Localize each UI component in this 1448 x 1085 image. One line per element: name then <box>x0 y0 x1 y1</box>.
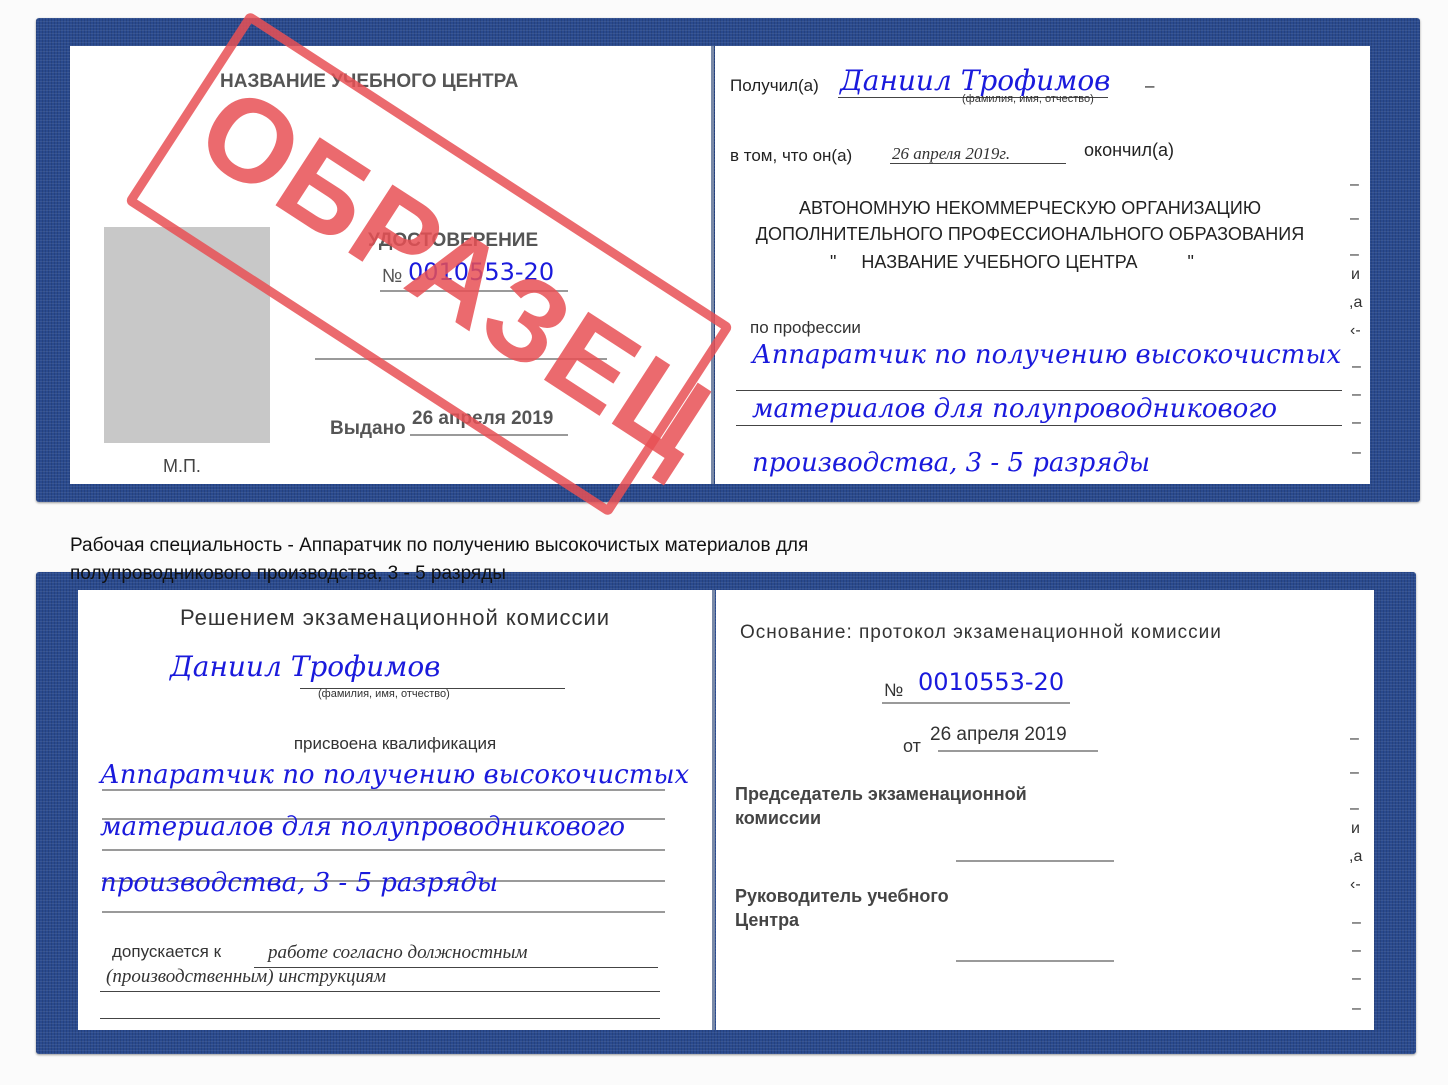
profession-line-3: производства, 3 - 5 разряды <box>752 448 1150 478</box>
finished-label: окончил(а) <box>1084 140 1174 161</box>
org-line-1: АВТОНОМНУЮ НЕКОММЕРЧЕСКУЮ ОРГАНИЗАЦИЮ <box>720 198 1340 219</box>
doc-title: УДОСТОВЕРЕНИЕ <box>368 230 538 252</box>
head-signature-line <box>956 960 1114 962</box>
profession-line-2: материалов для полупроводникового <box>752 394 1277 424</box>
chairman-signature-line <box>956 860 1114 862</box>
profession-underline-1 <box>736 390 1342 391</box>
edge-mark: – <box>1352 942 1361 960</box>
photo-placeholder <box>104 227 270 443</box>
profession-label: по профессии <box>750 318 861 338</box>
received-dash: – <box>1145 76 1154 96</box>
student-name-hint: (фамилия, имя, отчество) <box>318 688 450 700</box>
seal-label: М.П. <box>163 456 201 477</box>
admitted-line-1: работе согласно должностным <box>268 942 528 964</box>
head-label-2: Центра <box>735 910 799 931</box>
commission-heading: Решением экзаменационной комиссии <box>90 605 700 631</box>
edge-mark: – <box>1352 1000 1361 1018</box>
issued-date: 26 апреля 2019 <box>412 408 553 430</box>
received-name-hint: (фамилия, имя, отчество) <box>962 93 1094 105</box>
edge-mark: – <box>1350 800 1359 818</box>
qualification-underline-3 <box>102 849 665 851</box>
org-line-2: ДОПОЛНИТЕЛЬНОГО ПРОФЕССИОНАЛЬНОГО ОБРАЗО… <box>720 224 1340 245</box>
received-label: Получил(а) <box>730 76 819 96</box>
qualification-underline-1 <box>102 789 665 791</box>
edge-mark: – <box>1350 176 1359 194</box>
edge-mark: ,а <box>1349 294 1362 312</box>
chairman-label-1: Председатель экзаменационной <box>735 784 1027 805</box>
qualification-label: присвоена квалификация <box>90 734 700 754</box>
that-label: в том, что он(а) <box>730 146 852 166</box>
protocol-number: 0010553-20 <box>918 668 1064 696</box>
edge-mark: ,а <box>1349 848 1362 866</box>
protocol-date-underline <box>938 750 1098 752</box>
issued-label: Выдано <box>330 418 406 440</box>
edge-mark: – <box>1352 414 1361 432</box>
edge-mark: – <box>1352 386 1361 404</box>
caption-line-2: полупроводникового производства, 3 - 5 р… <box>70 563 506 585</box>
admitted-line-2: (производственным) инструкциям <box>106 966 386 988</box>
qualification-underline-5 <box>102 911 665 913</box>
head-label-1: Руководитель учебного <box>735 886 949 907</box>
profession-line-1: Аппаратчик по получению высокочистых <box>752 340 1341 370</box>
edge-mark: – <box>1352 914 1361 932</box>
top-spine <box>711 46 714 484</box>
edge-mark: – <box>1350 764 1359 782</box>
completion-date: 26 апреля 2019г. <box>892 144 1010 164</box>
chairman-label-2: комиссии <box>735 808 821 829</box>
bottom-spine <box>712 590 715 1030</box>
qualification-line-3: производства, 3 - 5 разряды <box>100 868 498 898</box>
edge-mark: ‹- <box>1350 876 1361 894</box>
admitted-label: допускается к <box>112 942 221 962</box>
protocol-date-label: от <box>903 736 921 757</box>
protocol-number-underline <box>882 702 1070 704</box>
edge-mark: – <box>1352 970 1361 988</box>
number-underline <box>380 290 568 292</box>
qualification-line-1: Аппаратчик по получению высокочистых <box>100 760 689 790</box>
completion-underline <box>890 163 1066 164</box>
issued-underline <box>410 434 568 436</box>
basis-label: Основание: протокол экзаменационной коми… <box>740 622 1222 644</box>
protocol-number-label: № <box>884 680 903 701</box>
certificate-number: 0010553-20 <box>408 258 554 286</box>
edge-mark: и <box>1351 820 1360 838</box>
student-name: Даниил Трофимов <box>170 650 440 683</box>
edge-mark: и <box>1351 266 1360 284</box>
edge-mark: – <box>1352 358 1361 376</box>
org-name: НАЗВАНИЕ УЧЕБНОГО ЦЕНТРА <box>220 71 518 93</box>
admitted-underline-2 <box>100 991 660 992</box>
org-line-3: " НАЗВАНИЕ УЧЕБНОГО ЦЕНТРА " <box>830 252 1194 273</box>
edge-mark: – <box>1350 730 1359 748</box>
edge-mark: – <box>1352 444 1361 462</box>
number-label: № <box>382 266 402 288</box>
admitted-underline-3 <box>100 1018 660 1019</box>
protocol-date: 26 апреля 2019 <box>930 724 1067 746</box>
caption-line-1: Рабочая специальность - Аппаратчик по по… <box>70 535 808 557</box>
blank-line <box>315 358 607 360</box>
qualification-line-2: материалов для полупроводникового <box>100 812 625 842</box>
edge-mark: – <box>1350 246 1359 264</box>
edge-mark: ‹- <box>1350 322 1361 340</box>
edge-mark: – <box>1350 210 1359 228</box>
profession-underline-2 <box>736 425 1342 426</box>
